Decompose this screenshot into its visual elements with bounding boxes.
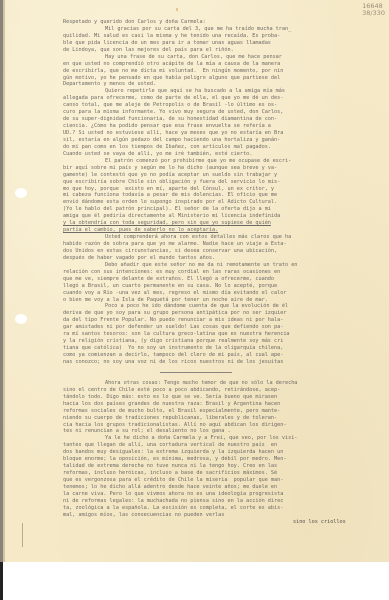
text-line: quilidad. Mi salud es casi la misma y he…	[63, 33, 385, 40]
text-line: reformas sociales de mucho bulto, el Bra…	[63, 408, 385, 415]
text-line: cia hacia los grupos tradicionalistas. A…	[63, 422, 385, 429]
text-line: nas conozco; no soy una voz ni de los ri…	[63, 359, 385, 366]
text-line: tes ni renuncian a su rol; el desaliento…	[63, 428, 385, 435]
letter-body: Respetado y querido don Carlos y doña Ca…	[63, 19, 385, 526]
text-line: Usted comprenderá ahora con estos detall…	[63, 234, 385, 241]
text-line: sil, estaría en algún pedazo del campo h…	[63, 137, 385, 144]
text-line: en que usted no comprendió otro acápite …	[63, 61, 385, 68]
section-separator	[63, 366, 385, 380]
text-line: después de haber vagado por el mundo tan…	[63, 255, 385, 262]
pencil-mark	[22, 523, 23, 547]
text-line-underlined: de escribirla, que no me dicta mi volunt…	[63, 68, 385, 75]
text-line-underlined: bloque enorme; la oposición, es mínima, …	[63, 456, 385, 463]
text-line: reformas, incluso heróicas, incluso a ba…	[63, 470, 385, 477]
text-line: ta, zoológica a la española. La escisión…	[63, 505, 385, 512]
text-line: da del tipo Frente Popular. No puedo ren…	[63, 317, 385, 324]
text-line-underlined: tándolo todo. Digo más: esto es lo que s…	[63, 394, 385, 401]
continuation-text: sino los criollos	[63, 519, 385, 526]
separator-rule	[160, 372, 232, 373]
punch-hole-top	[15, 188, 27, 198]
scan-border	[0, 562, 3, 600]
text-line: Ahora otras cosas: Tengo mucho temor de …	[63, 380, 385, 387]
text-line: niendo su cuerpo de tradiciones republic…	[63, 415, 385, 422]
text-line: de Lindoya, que son las mejores del país…	[63, 47, 385, 54]
text-line-underlined: como ya comienzan a decirlo, tampoco del…	[63, 352, 385, 359]
text-line: Hay una frase de su carta, don Carlos, q…	[63, 54, 385, 61]
text-line: sino el centro de Chile esté poco a poco…	[63, 387, 385, 394]
text-line: Cuando usted se vaya de allí, yo me iré …	[63, 151, 385, 158]
text-line: mal, amigos míos, las consecuencias no p…	[63, 512, 385, 519]
text-line: relación con sus intenciones: es muy cor…	[63, 269, 385, 276]
text-line: tiana que católica) Yo no soy un instrum…	[63, 345, 385, 352]
text-line: ciencia. ¿Cómo ha podido pensar que esa …	[63, 123, 385, 130]
text-line: El patrón comenzó por prohibirme que yo …	[63, 158, 385, 165]
page-edge-shadow	[3, 0, 5, 562]
text-line: la carne viva. Pero lo que vivmos ahora …	[63, 491, 385, 498]
text-line: dos Unidos en estas circunstancias, si d…	[63, 248, 385, 255]
text-line: Mil gracias por su carta del 3, que me h…	[63, 26, 385, 33]
text-line: que escribiría sobre Chile sin obligació…	[63, 179, 385, 186]
text-line: hacia los dos países grandes de nuestra …	[63, 401, 385, 408]
stain-mark	[176, 8, 178, 11]
reference-number-2: 38/330	[362, 10, 385, 17]
text-line: Debo añadir que este señor no me da ni r…	[63, 262, 385, 269]
text-line: ble que pida licencia de un mes para ir …	[63, 40, 385, 47]
text-line: habido razón de sobra para que yo me ala…	[63, 241, 385, 248]
text-line: que es vergonzosa para el crédito de Chi…	[63, 477, 385, 484]
text-line: ni de reformas legales: la muchachada no…	[63, 498, 385, 505]
text-line: tantes que llegan de allí, una cortadura…	[63, 442, 385, 449]
text-line: UD.? Si usted no estuviese allí, hace ya…	[63, 130, 385, 137]
punch-hole-bottom	[15, 314, 27, 324]
text-line: gamente) le contestó que yo no podía ace…	[63, 172, 385, 179]
text-line: gún motivo, yo he pensado en que había p…	[63, 75, 385, 82]
text-line: deriva de que yo soy para su grupo perso…	[63, 310, 385, 317]
text-line: do mi pan como en los tiempos de Ibañez,…	[63, 144, 385, 151]
archive-reference: 16648 38/330	[362, 3, 385, 17]
text-line: tenemos; lo he dicho allá adentro desde …	[63, 484, 385, 491]
salutation: Respetado y querido don Carlos y doña Ca…	[63, 19, 385, 26]
text-line: que me ve, siempre delante de extraños. …	[63, 276, 385, 283]
text-line: cuando voy a Río -una vez al mes, regres…	[63, 290, 385, 297]
text-line: canso total, que me aleje de Petropolis …	[63, 102, 385, 109]
text-line: llegó a Brasil, un cuarto permanente en …	[63, 283, 385, 290]
text-line: curo para la misma informante. Yo vivo m…	[63, 109, 385, 116]
text-line: bir aquí sobre mi país y según me lo ha …	[63, 165, 385, 172]
